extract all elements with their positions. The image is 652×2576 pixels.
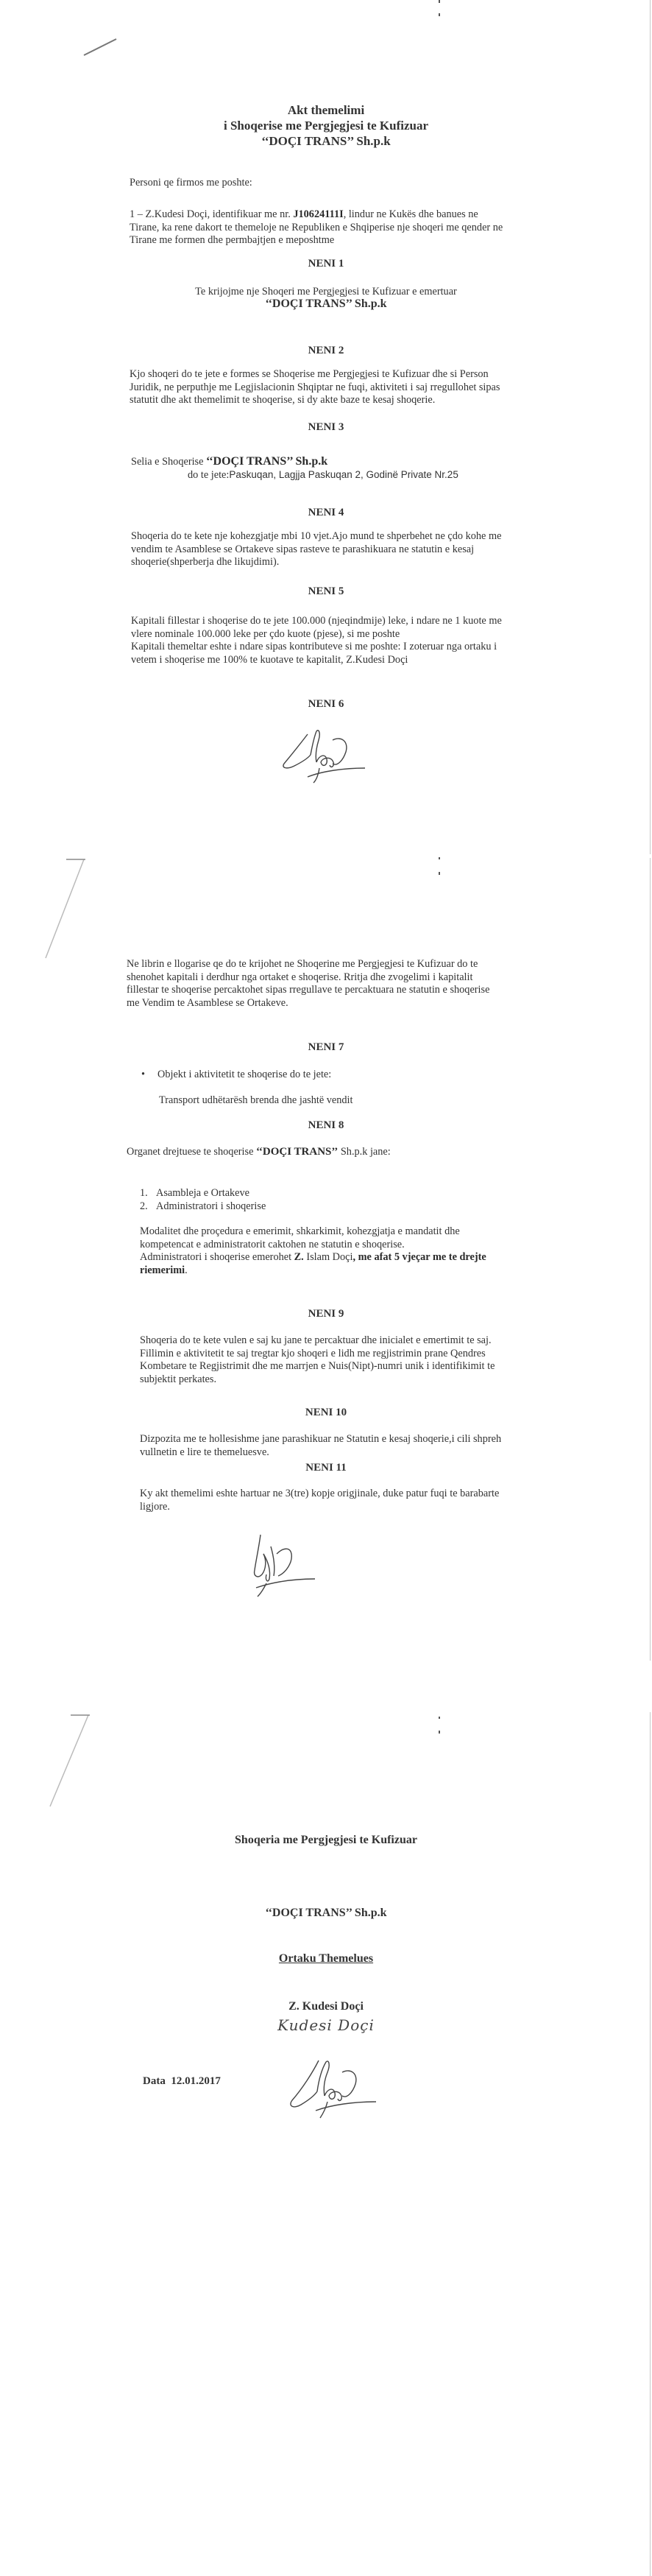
title-line-1: Akt themelimi	[0, 102, 652, 118]
neni-6-line: shenohet kapitali i derdhur nga ortaket …	[127, 971, 489, 985]
administrator-line: Administratori i shoqerise emerohet Z. I…	[140, 1251, 486, 1264]
neni-10-body: Dizpozita me te hollesishme jane parashi…	[140, 1433, 501, 1459]
neni-10-line: Dizpozita me te hollesishme jane parashi…	[140, 1433, 501, 1446]
neni-5-line: vlere nominale 100.000 leke per çdo kuot…	[131, 628, 502, 641]
neni-2-body: Kjo shoqeri do te jete e formes se Shoqe…	[130, 368, 500, 407]
neni-5-line: Kapitali fillestar i shoqerise do te jet…	[131, 615, 502, 628]
seat-company-name: ‘‘DOÇI TRANS’’ Sh.p.k	[206, 455, 327, 468]
neni-7-bullet-item: •Objekt i aktivitetit te shoqerise do te…	[141, 1069, 331, 1082]
neni-6-line: me Vendim te Asamblese se Ortakeve.	[127, 997, 489, 1010]
page-edge	[650, 1712, 651, 2576]
neni-6-line: Ne librin e llogarise qe do te krijohet …	[127, 958, 489, 971]
neni-8-heading: NENI 8	[0, 1119, 652, 1132]
neni-6-body: Ne librin e llogarise qe do te krijohet …	[127, 958, 489, 1010]
neni-8-line: Modalitet dhe proçedura e emerimit, shka…	[140, 1225, 486, 1239]
neni-4-line: vendim te Asamblese se Ortakeve sipas ra…	[131, 543, 501, 557]
neni-2-heading: NENI 2	[0, 345, 652, 357]
neni-1-heading: NENI 1	[0, 258, 652, 270]
neni-7-activity: Transport udhëtarësh brenda dhe jashtë v…	[159, 1094, 353, 1108]
organ-name: Administratori i shoqerise	[156, 1200, 266, 1212]
founder-name: Z. Kudesi Doçi	[0, 2000, 652, 2013]
seat-prefix: Selia e Shoqerise	[131, 456, 206, 468]
neni-9-line: Kombetare te Regjistrimit dhe me marrjen…	[140, 1360, 495, 1373]
neni-6-heading: NENI 6	[0, 698, 652, 711]
date-value: 12.01.2017	[171, 2075, 221, 2087]
neni-1-line1: Te krijojme nje Shoqeri me Pergjegjesi t…	[0, 286, 652, 299]
neni-4-body: Shoqeria do te kete nje kohezgjatje mbi …	[131, 530, 501, 569]
company-name: ‘‘DOÇI TRANS’’ Sh.p.k	[0, 1907, 652, 1920]
signature-icon	[241, 1532, 322, 1598]
date-line: Data 12.01.2017	[143, 2075, 221, 2088]
neni-7-heading: NENI 7	[0, 1041, 652, 1054]
neni-2-line: Kjo shoqeri do te jete e formes se Shoqe…	[130, 368, 500, 381]
organs-list: 1.Asambleja e Ortakeve 2.Administratori …	[140, 1187, 266, 1213]
document-title: Akt themelimi i Shoqerise me Pergjegjesi…	[0, 102, 652, 149]
neni-2-line: Juridik, ne perputhje me Legjislacionin …	[130, 381, 500, 395]
founder-line3: Tirane me formen dhe permbajtjen e mepos…	[130, 234, 503, 247]
neni-5-line: vetem i shoqerise me 100% te kuotave te …	[131, 654, 502, 667]
neni-5-heading: NENI 5	[0, 585, 652, 598]
neni-8-body: Modalitet dhe proçedura e emerimit, shka…	[140, 1225, 486, 1277]
neni-9-line: subjektit perkates.	[140, 1373, 495, 1387]
scan-dot	[439, 13, 440, 16]
page-fold-icon	[44, 856, 88, 960]
neni-10-line: vullnetin e lire te themeluesve.	[140, 1446, 501, 1460]
title-line-3: ‘‘DOÇI TRANS’’ Sh.p.k	[0, 133, 652, 149]
neni-5-body: Kapitali fillestar i shoqerise do te jet…	[131, 615, 502, 666]
neni-9-heading: NENI 9	[0, 1308, 652, 1320]
admin-name: Islam Doçi	[304, 1251, 353, 1263]
scan-dot	[439, 1717, 440, 1719]
founder-label: Ortaku Themelues	[0, 1952, 652, 1966]
signature-icon	[283, 2055, 379, 2121]
seat-address: Paskuqan, Lagjja Paskuqan 2, Godinë Priv…	[229, 469, 458, 480]
neni-8-intro: Organet drejtuese te shoqerise ‘‘DOÇI TR…	[127, 1146, 391, 1159]
admin-term: , me afat 5 vjeçar me te drejte	[352, 1251, 486, 1263]
organs-suffix: Sh.p.k jane:	[338, 1146, 390, 1158]
scan-dot	[439, 0, 440, 3]
handwritten-name: Kudesi Doçi	[0, 2016, 652, 2034]
admin-title: Z.	[294, 1251, 304, 1263]
scan-dot	[439, 872, 440, 875]
neni-11-line: ligjore.	[140, 1501, 499, 1514]
organs-list-item: 1.Asambleja e Ortakeve	[140, 1187, 266, 1200]
neni-3-heading: NENI 3	[0, 421, 652, 434]
page-edge	[650, 0, 651, 854]
neni-7-bullet-text: Objekt i aktivitetit te shoqerise do te …	[157, 1069, 331, 1080]
neni-11-body: Ky akt themelimi eshte hartuar ne 3(tre)…	[140, 1488, 499, 1513]
neni-8-line: kompetencat e administratorit caktohen n…	[140, 1239, 486, 1252]
organ-name: Asambleja e Ortakeve	[156, 1187, 249, 1199]
neni-1-company-name: ‘‘DOÇI TRANS’’ Sh.p.k	[0, 298, 652, 311]
admin-prefix: Administratori i shoqerise emerohet	[140, 1251, 294, 1263]
neni-4-line: shoqerie(shperberja dhe likujdimi).	[131, 556, 501, 569]
neni-5-line: Kapitali themeltar eshte i ndare sipas k…	[131, 641, 502, 654]
neni-9-line: Fillimin e aktivitetit te saj tregtar kj…	[140, 1348, 495, 1361]
bullet-icon: •	[141, 1069, 157, 1082]
founder-paragraph: 1 – Z.Kudesi Doçi, identifikuar me nr. J…	[130, 208, 503, 247]
page-fold-icon	[49, 1712, 93, 1808]
neni-11-heading: NENI 11	[0, 1462, 652, 1474]
neni-6-line: fillestar te shoqerise percaktohet sipas…	[127, 984, 489, 997]
scan-dot	[439, 857, 440, 859]
neni-10-heading: NENI 10	[0, 1407, 652, 1419]
organs-company-name: ‘‘DOÇI TRANS’’	[256, 1146, 338, 1158]
neni-9-line: Shoqeria do te kete vulen e saj ku jane …	[140, 1334, 495, 1348]
organs-prefix: Organet drejtuese te shoqerise	[127, 1146, 256, 1158]
admin-period: .	[185, 1264, 188, 1276]
signature-icon	[278, 725, 366, 784]
neni-2-line: statutit dhe akt themelimit te shoqerise…	[130, 394, 500, 407]
founder-line2: Tirane, ka rene dakort te themeloje ne R…	[130, 222, 503, 235]
scan-mark-icon	[82, 37, 119, 59]
intro-text: Personi qe firmos me poshte:	[130, 177, 252, 190]
founder-prefix: 1 – Z.Kudesi Doçi, identifikuar me nr.	[130, 208, 293, 220]
organs-list-item: 2.Administratori i shoqerise	[140, 1200, 266, 1214]
neni-4-heading: NENI 4	[0, 507, 652, 519]
company-type: Shoqeria me Pergjegjesi te Kufizuar	[0, 1834, 652, 1847]
neni-11-line: Ky akt themelimi eshte hartuar ne 3(tre)…	[140, 1488, 499, 1501]
neni-4-line: Shoqeria do te kete nje kohezgjatje mbi …	[131, 530, 501, 543]
founder-line1-suffix: , lindur ne Kukës dhe banues ne	[344, 208, 478, 220]
founder-id-number: J10624111I	[293, 208, 343, 220]
scan-dot	[439, 1731, 440, 1734]
neni-3-line2: do te jete:Paskuqan, Lagjja Paskuqan 2, …	[188, 468, 458, 482]
title-line-2: i Shoqerise me Pergjegjesi te Kufizuar	[0, 118, 652, 133]
neni-3-line1: Selia e Shoqerise ‘‘DOÇI TRANS’’ Sh.p.k	[131, 455, 327, 469]
neni-9-body: Shoqeria do te kete vulen e saj ku jane …	[140, 1334, 495, 1386]
date-label: Data	[143, 2075, 166, 2087]
page-edge	[650, 858, 651, 1661]
admin-term-end: riemerimi	[140, 1264, 185, 1276]
